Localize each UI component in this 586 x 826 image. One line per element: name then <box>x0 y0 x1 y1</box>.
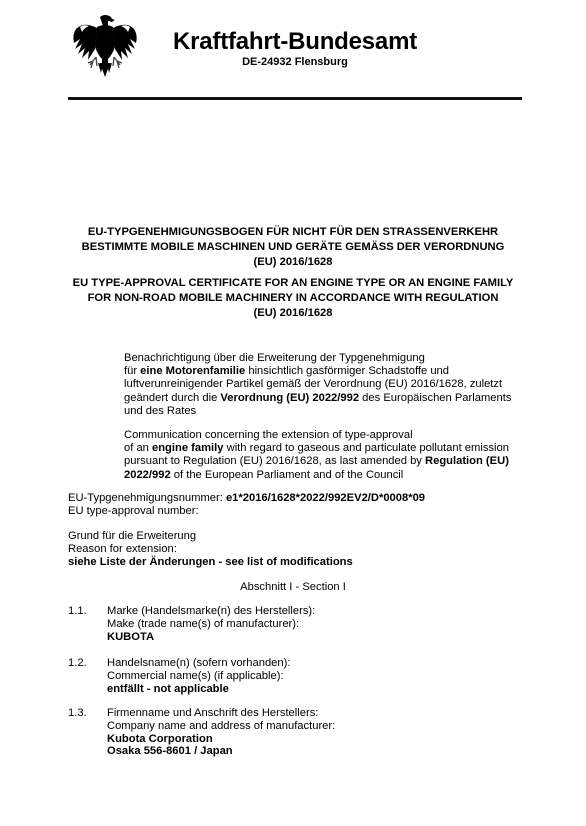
item-value: KUBOTA <box>107 631 527 644</box>
extension-reason-block: Grund für die Erweiterung Reason for ext… <box>68 530 528 570</box>
organization-name: Kraftfahrt-Bundesamt <box>150 28 440 56</box>
engine-family-emphasis: eine Motorenfamilie <box>140 365 245 377</box>
federal-eagle-icon <box>70 13 140 79</box>
header-divider <box>68 97 522 100</box>
item-number: 1.3. <box>68 707 108 720</box>
item-value: entfällt - not applicable <box>107 683 527 696</box>
reason-label-de: Grund für die Erweiterung <box>68 530 528 543</box>
engine-family-emphasis: engine family <box>152 442 224 454</box>
item-number: 1.2. <box>68 657 108 670</box>
approval-number-label-de: EU-Typgenehmigungsnummer: <box>68 492 226 504</box>
regulation-emphasis: Regulation (EU) <box>425 455 509 467</box>
organization-address: DE-24932 Flensburg <box>150 56 440 69</box>
item-value: Kubota Corporation <box>107 733 527 746</box>
section-heading: Abschnitt I - Section I <box>60 581 526 594</box>
reason-value: siehe Liste der Änderungen - see list of… <box>68 556 528 569</box>
approval-number: e1*2016/1628*2022/992EV2/D*0008*09 <box>226 492 425 504</box>
extension-notice-de: Benachrichtigung über die Erweiterung de… <box>124 352 516 418</box>
regulation-emphasis: Verordnung (EU) 2022/992 <box>220 392 359 404</box>
reason-label-en: Reason for extension: <box>68 543 528 556</box>
regulation-emphasis: 2022/992 <box>124 469 171 481</box>
approval-number-label-en: EU type-approval number: <box>68 505 528 518</box>
extension-notice-en: Communication concerning the extension o… <box>124 429 516 482</box>
approval-number-block: EU-Typgenehmigungsnummer: e1*2016/1628*2… <box>68 492 528 518</box>
item-number: 1.1. <box>68 605 108 618</box>
certificate-title-de: EU-TYPGENEHMIGUNGSBOGEN FÜR NICHT FÜR DE… <box>60 225 526 270</box>
item-value: Osaka 556-8601 / Japan <box>107 745 527 758</box>
certificate-title-en: EU TYPE-APPROVAL CERTIFICATE FOR AN ENGI… <box>60 276 526 321</box>
